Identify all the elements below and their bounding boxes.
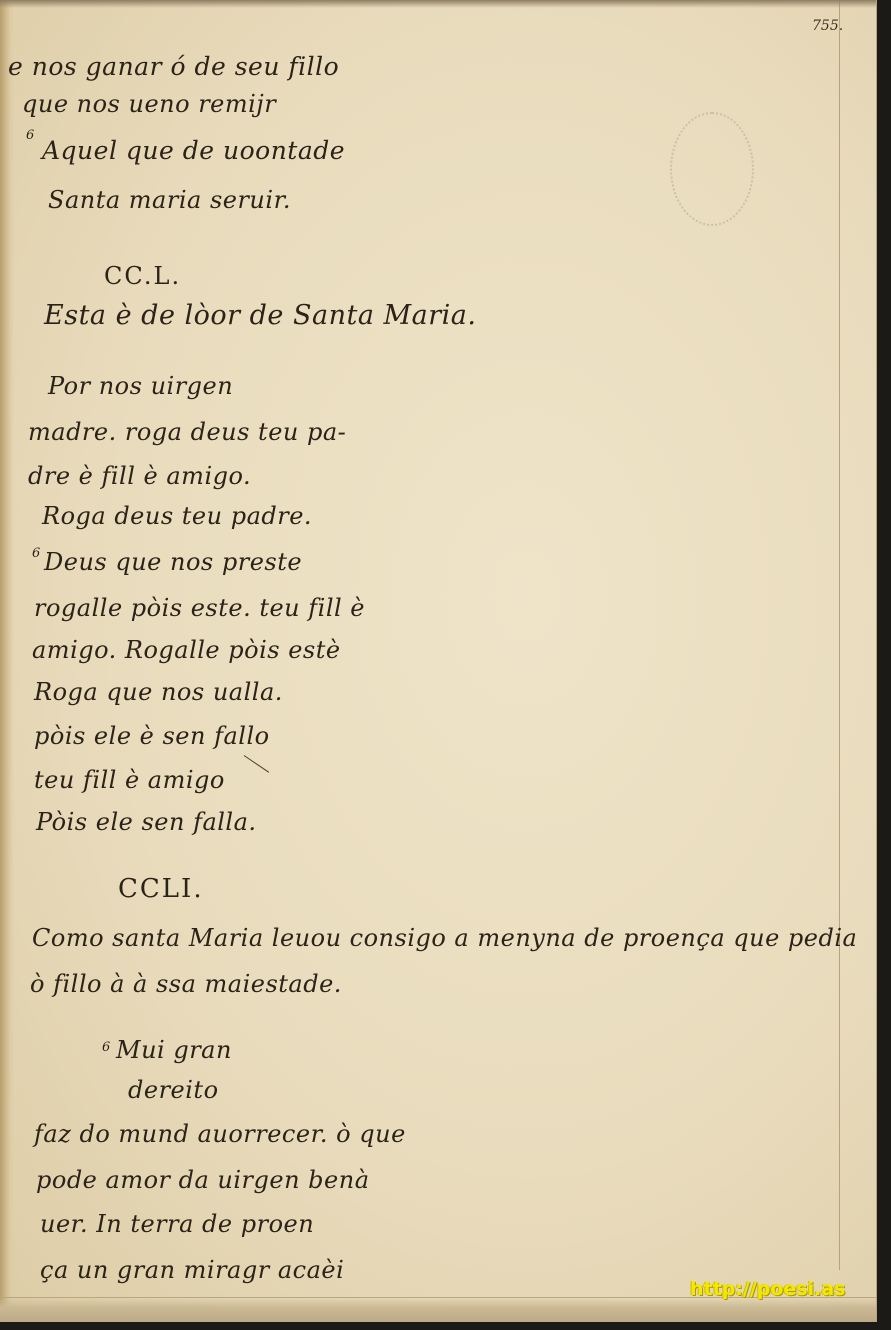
refrain-mark: 6 xyxy=(32,546,41,561)
verse-line: Deus que nos preste xyxy=(44,548,302,576)
watermark-link[interactable]: http://poesi.as xyxy=(690,1278,845,1300)
faint-library-stamp xyxy=(670,112,754,226)
song-rubric: ò fillo à à ssa maiestade. xyxy=(30,970,342,998)
margin-rule xyxy=(839,0,840,1270)
page-bottom-edge xyxy=(0,1297,876,1322)
song-rubric: Como santa Maria leuou consigo a menyna … xyxy=(32,924,857,952)
verse-line: pode amor da uirgen benà xyxy=(36,1166,370,1194)
verse-line: Santa maria seruir. xyxy=(48,186,291,214)
song-rubric: Esta è de lòor de Santa Maria. xyxy=(44,300,476,331)
song-number: CC.L. xyxy=(104,262,181,290)
verse-line: Aquel que de uoontade xyxy=(42,136,345,165)
verse-line: teu fill è amigo xyxy=(34,766,225,794)
verse-line: dre è fill è amigo. xyxy=(28,462,251,490)
verse-line: ça un gran miragr acaèi xyxy=(40,1256,344,1284)
song-number: CCLI. xyxy=(118,874,204,904)
verse-line: rogalle pòis este. teu fill è xyxy=(34,594,365,622)
refrain-line: Mui gran xyxy=(116,1036,232,1064)
verse-line: Roga que nos ualla. xyxy=(34,678,283,706)
verse-line: amigo. Rogalle pòis estè xyxy=(32,636,341,664)
verse-line: pòis ele è sen fallo xyxy=(34,722,270,750)
pen-stroke xyxy=(244,755,269,773)
verse-line: madre. roga deus teu pa- xyxy=(28,418,346,446)
refrain-mark: 6 xyxy=(102,1040,111,1055)
folio-number: 755. xyxy=(812,18,843,34)
verse-line: e nos ganar ó de seu fillo xyxy=(8,52,339,81)
refrain-mark: 6 xyxy=(26,128,35,143)
verse-line: Roga deus teu padre. xyxy=(42,502,312,530)
refrain-line: dereito xyxy=(128,1076,219,1104)
verse-line: faz do mund auorrecer. ò que xyxy=(34,1120,406,1148)
verse-line: Pòis ele sen falla. xyxy=(36,808,257,836)
manuscript-page: 755. e nos ganar ó de seu fillo que nos … xyxy=(0,0,877,1322)
verse-line: Por nos uirgen xyxy=(48,372,233,400)
verse-line: uer. In terra de proen xyxy=(40,1210,314,1238)
verse-line: que nos ueno remijr xyxy=(22,90,276,118)
